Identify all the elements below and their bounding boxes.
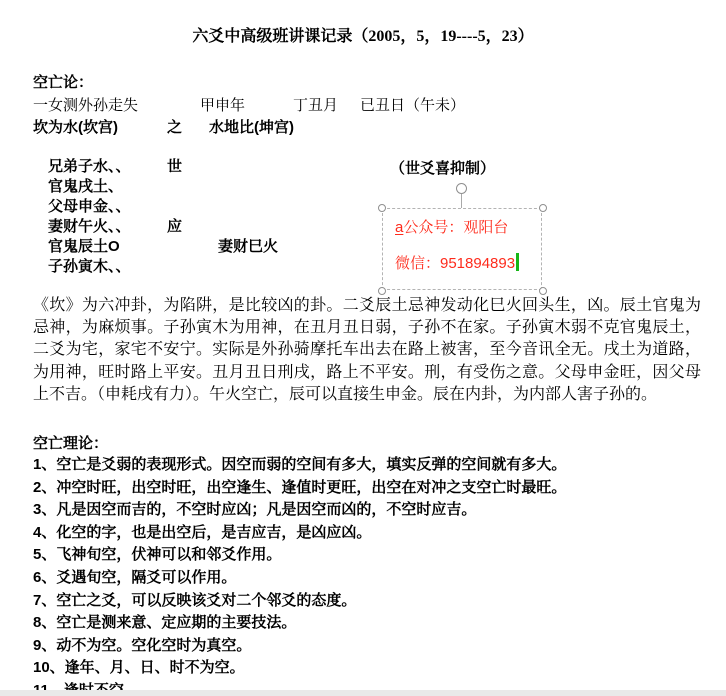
rotation-handle-stem — [461, 194, 462, 208]
theory-item: 6、爻遇旬空，隔爻可以作用。 — [33, 567, 713, 590]
hexagram-line-change: 妻财巳火 — [218, 237, 278, 257]
textbox-line1-text: 公众号：观阳台 — [403, 219, 508, 236]
textbox-handle-top-left[interactable] — [378, 204, 386, 212]
analysis-paragraph: 《坎》为六冲卦，为陷阱，是比较凶的卦。二爻辰土忌神发动化巳火回头生，凶。辰土官鬼… — [33, 295, 701, 406]
hexagram-line: 子孙寅木、、 — [48, 257, 688, 277]
hexagram-to: 水地比(坤宫) — [209, 116, 294, 137]
page-bottom-edge — [0, 690, 726, 696]
hexagram-line-marker: 应 — [167, 217, 182, 237]
textbox-line2-text: 微信：951894893 — [395, 255, 515, 272]
hexagram-diagram: （世爻喜抑制） 兄弟子水、、 世 官鬼戌土、 父母申金、、 妻财午火、、 应 官… — [48, 157, 688, 277]
hexagram-line-marker: 世 — [167, 157, 182, 177]
textbox-line-official-account: a公众号：观阳台 — [395, 217, 541, 239]
theory-item: 10、逢年、月、日、时不为空。 — [33, 657, 713, 680]
text-cursor — [516, 253, 519, 271]
theory-heading: 空亡理论： — [33, 432, 108, 453]
case-month-pillar: 丁丑月 — [293, 94, 338, 115]
theory-item: 5、飞神旬空，伏神可以和邻爻作用。 — [33, 544, 713, 567]
theory-item: 1、空亡是爻弱的表现形式。因空而弱的空间有多大，填实反弹的空间就有多大。 — [33, 454, 713, 477]
textbox-handle-top-right[interactable] — [539, 204, 547, 212]
theory-item: 7、空亡之爻，可以反映该爻对二个邻爻的态度。 — [33, 590, 713, 613]
textbox-handle-bottom-left[interactable] — [378, 287, 386, 295]
rotation-handle-icon[interactable] — [456, 183, 467, 194]
case-year-pillar: 甲申年 — [200, 94, 245, 115]
theory-item: 2、冲空时旺，出空时旺，出空逢生、逢值时更旺，出空在对冲之支空亡时最旺。 — [33, 477, 713, 500]
theory-item: 8、空亡是测来意、定应期的主要技法。 — [33, 612, 713, 635]
selected-textbox[interactable]: a公众号：观阳台 微信：951894893 — [382, 208, 542, 290]
hexagram-line: 妻财午火、、 应 — [48, 217, 688, 237]
hexagram-cast-line: 坎为水(坎宫) 之 水地比(坤宫) — [33, 116, 493, 136]
case-day-pillar: 已丑日（午未） — [360, 94, 465, 115]
hexagram-line-text: 妻财午火、、 — [48, 218, 131, 235]
page-title: 六爻中高级班讲课记录（2005，5，19----5，23） — [0, 27, 726, 47]
case-subject: 一女测外孙走失 — [33, 94, 138, 115]
hexagram-line-text: 子孙寅木、、 — [48, 258, 131, 275]
theory-list: 1、空亡是爻弱的表现形式。因空而弱的空间有多大，填实反弹的空间就有多大。2、冲空… — [33, 454, 713, 696]
theory-item: 9、动不为空。空化空时为真空。 — [33, 635, 713, 658]
hexagram-line-text: 官鬼辰土O — [48, 238, 120, 255]
textbox-line-wechat: 微信：951894893 — [395, 253, 541, 275]
case-info-line: 一女测外孙走失 甲申年 丁丑月 已丑日（午未） — [33, 94, 593, 114]
hexagram-line: 官鬼戌土、 — [48, 177, 688, 197]
hexagram-from: 坎为水(坎宫) — [33, 116, 118, 137]
hexagram-line: 官鬼辰土O 妻财巳火 — [48, 237, 688, 257]
textbox-handle-bottom-right[interactable] — [539, 287, 547, 295]
hexagram-line: 兄弟子水、、 世 — [48, 157, 688, 177]
theory-item: 3、凡是因空而吉的，不空时应凶；凡是因空而凶的，不空时应吉。 — [33, 499, 713, 522]
hexagram-line-text: 父母申金、、 — [48, 198, 131, 215]
hexagram-line: 父母申金、、 — [48, 197, 688, 217]
hexagram-connector: 之 — [167, 116, 182, 137]
theory-item: 4、化空的字，也是出空后，是吉应吉，是凶应凶。 — [33, 522, 713, 545]
section-heading-kongwang: 空亡论： — [33, 71, 93, 92]
hexagram-line-text: 兄弟子水、、 — [48, 158, 131, 175]
hexagram-line-text: 官鬼戌土、 — [48, 178, 123, 195]
